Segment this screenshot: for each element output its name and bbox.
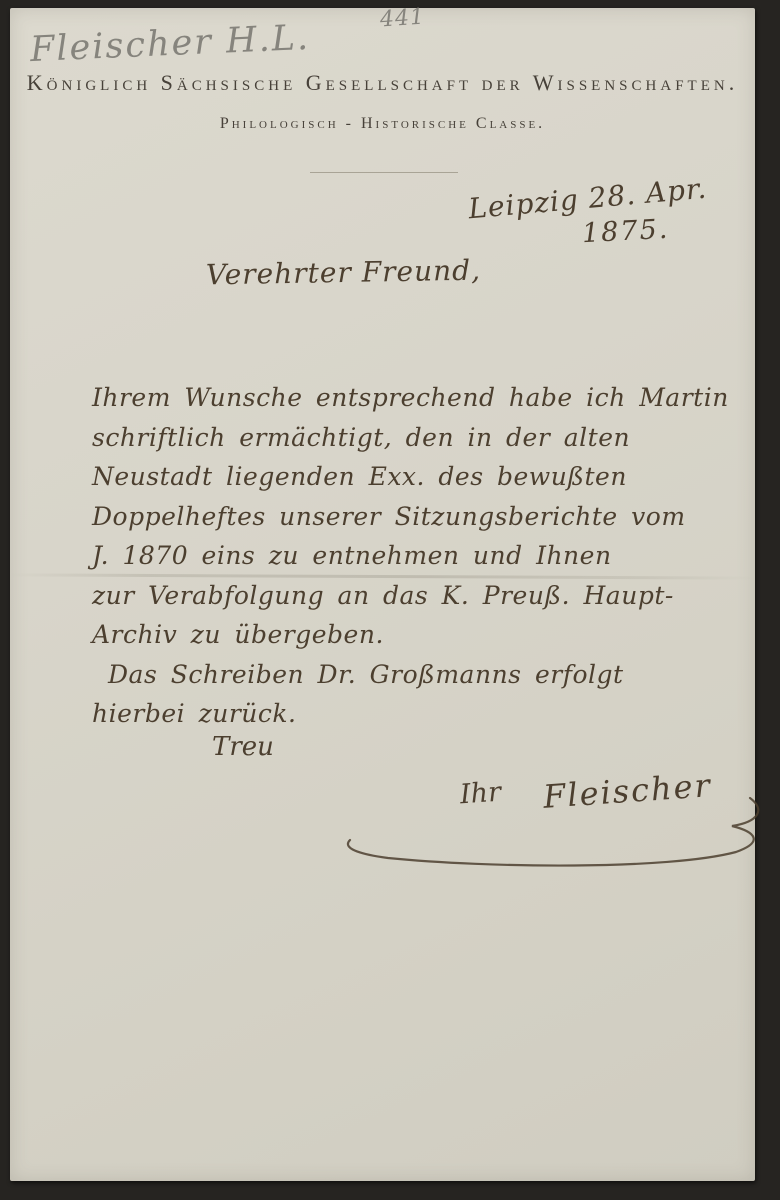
handwritten-line: zur Verabfolgung an das K. Preuß. Haupt- — [92, 576, 712, 616]
handwritten-line: Neustadt liegenden Exx. des bewußten — [92, 457, 712, 497]
handwritten-line: Archiv zu übergeben. — [92, 615, 712, 655]
letterhead-society-name: Königlich Sächsische Gesellschaft der Wi… — [10, 70, 755, 96]
letterhead-class-name: Philologisch - Historische Classe. — [10, 115, 755, 133]
letter-paper: Fleischer H.L. 441 Königlich Sächsische … — [10, 8, 755, 1181]
valediction: Treu — [212, 732, 274, 762]
handwritten-line: J. 1870 eins zu entnehmen und Ihnen — [92, 536, 712, 576]
handwritten-line: Ihrem Wunsche entsprechend habe ich Mart… — [92, 378, 712, 418]
signature-flourish — [328, 796, 768, 876]
letter-body: Ihrem Wunsche entsprechend habe ich Mart… — [92, 378, 712, 734]
handwritten-year: 1875. — [581, 214, 670, 250]
scanned-letter-page: Fleischer H.L. 441 Königlich Sächsische … — [0, 0, 780, 1200]
letterhead-divider-rule — [310, 172, 458, 173]
handwritten-line: Doppelheftes unserer Sitzungsberichte vo… — [92, 497, 712, 537]
handwritten-line: hierbei zurück. — [92, 694, 712, 734]
salutation: Verehrter Freund, — [206, 254, 482, 292]
handwritten-line: Das Schreiben Dr. Großmanns erfolgt — [92, 655, 712, 695]
pencil-annotation-author: Fleischer H.L. — [29, 18, 311, 70]
pencil-annotation-archive-number: 441 — [379, 4, 426, 32]
handwritten-line: schriftlich ermächtigt, den in der alten — [92, 418, 712, 458]
